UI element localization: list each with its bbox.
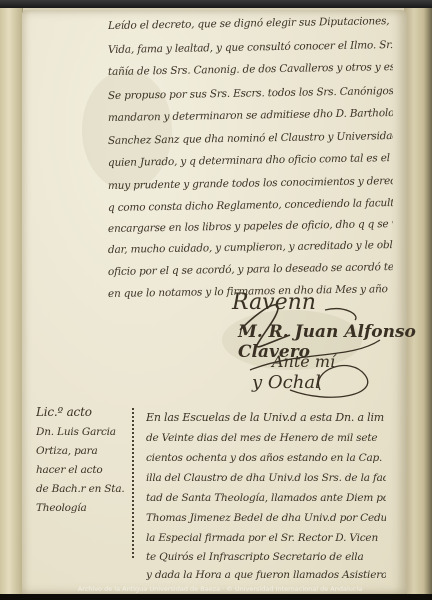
text-line: de Veinte dias del mes de Henero de mil …	[146, 430, 386, 446]
text-line: En las Escuelas de la Univ.d a esta Dn. …	[146, 410, 386, 426]
text-line: te Quirós el Infrascripto Secretario de …	[146, 549, 386, 565]
text-line: la Especial firmada por el Sr. Rector D.…	[146, 530, 386, 546]
margin-line: Lic.º acto	[36, 404, 136, 420]
margin-line: Theología	[36, 500, 136, 516]
book-right-edge	[404, 8, 432, 598]
book-left-edge	[0, 8, 23, 598]
signature-flourish-icon	[230, 290, 400, 410]
text-line: Thomas Jimenez Bedel de dha Univ.d por C…	[146, 510, 386, 526]
archive-watermark: Archivo de la Antigua Universidad de Bae…	[60, 585, 380, 593]
text-line: cientos ochenta y dos años estando en la…	[146, 450, 386, 466]
text-line: tad de Santa Theología, llamados ante Di…	[146, 490, 386, 506]
text-line: illa del Claustro de dha Univ.d los Srs.…	[146, 470, 386, 486]
margin-line: hacer el acto	[36, 462, 136, 478]
margin-line: de Bach.r en Sta.	[36, 481, 136, 497]
margin-divider	[132, 408, 136, 558]
scan-bottom-border	[0, 594, 432, 600]
margin-line: Dn. Luis Garcia	[36, 424, 136, 440]
text-line: y dada la Hora a que fueron llamados Asi…	[146, 567, 386, 583]
margin-line: Ortiza, para	[36, 443, 136, 459]
